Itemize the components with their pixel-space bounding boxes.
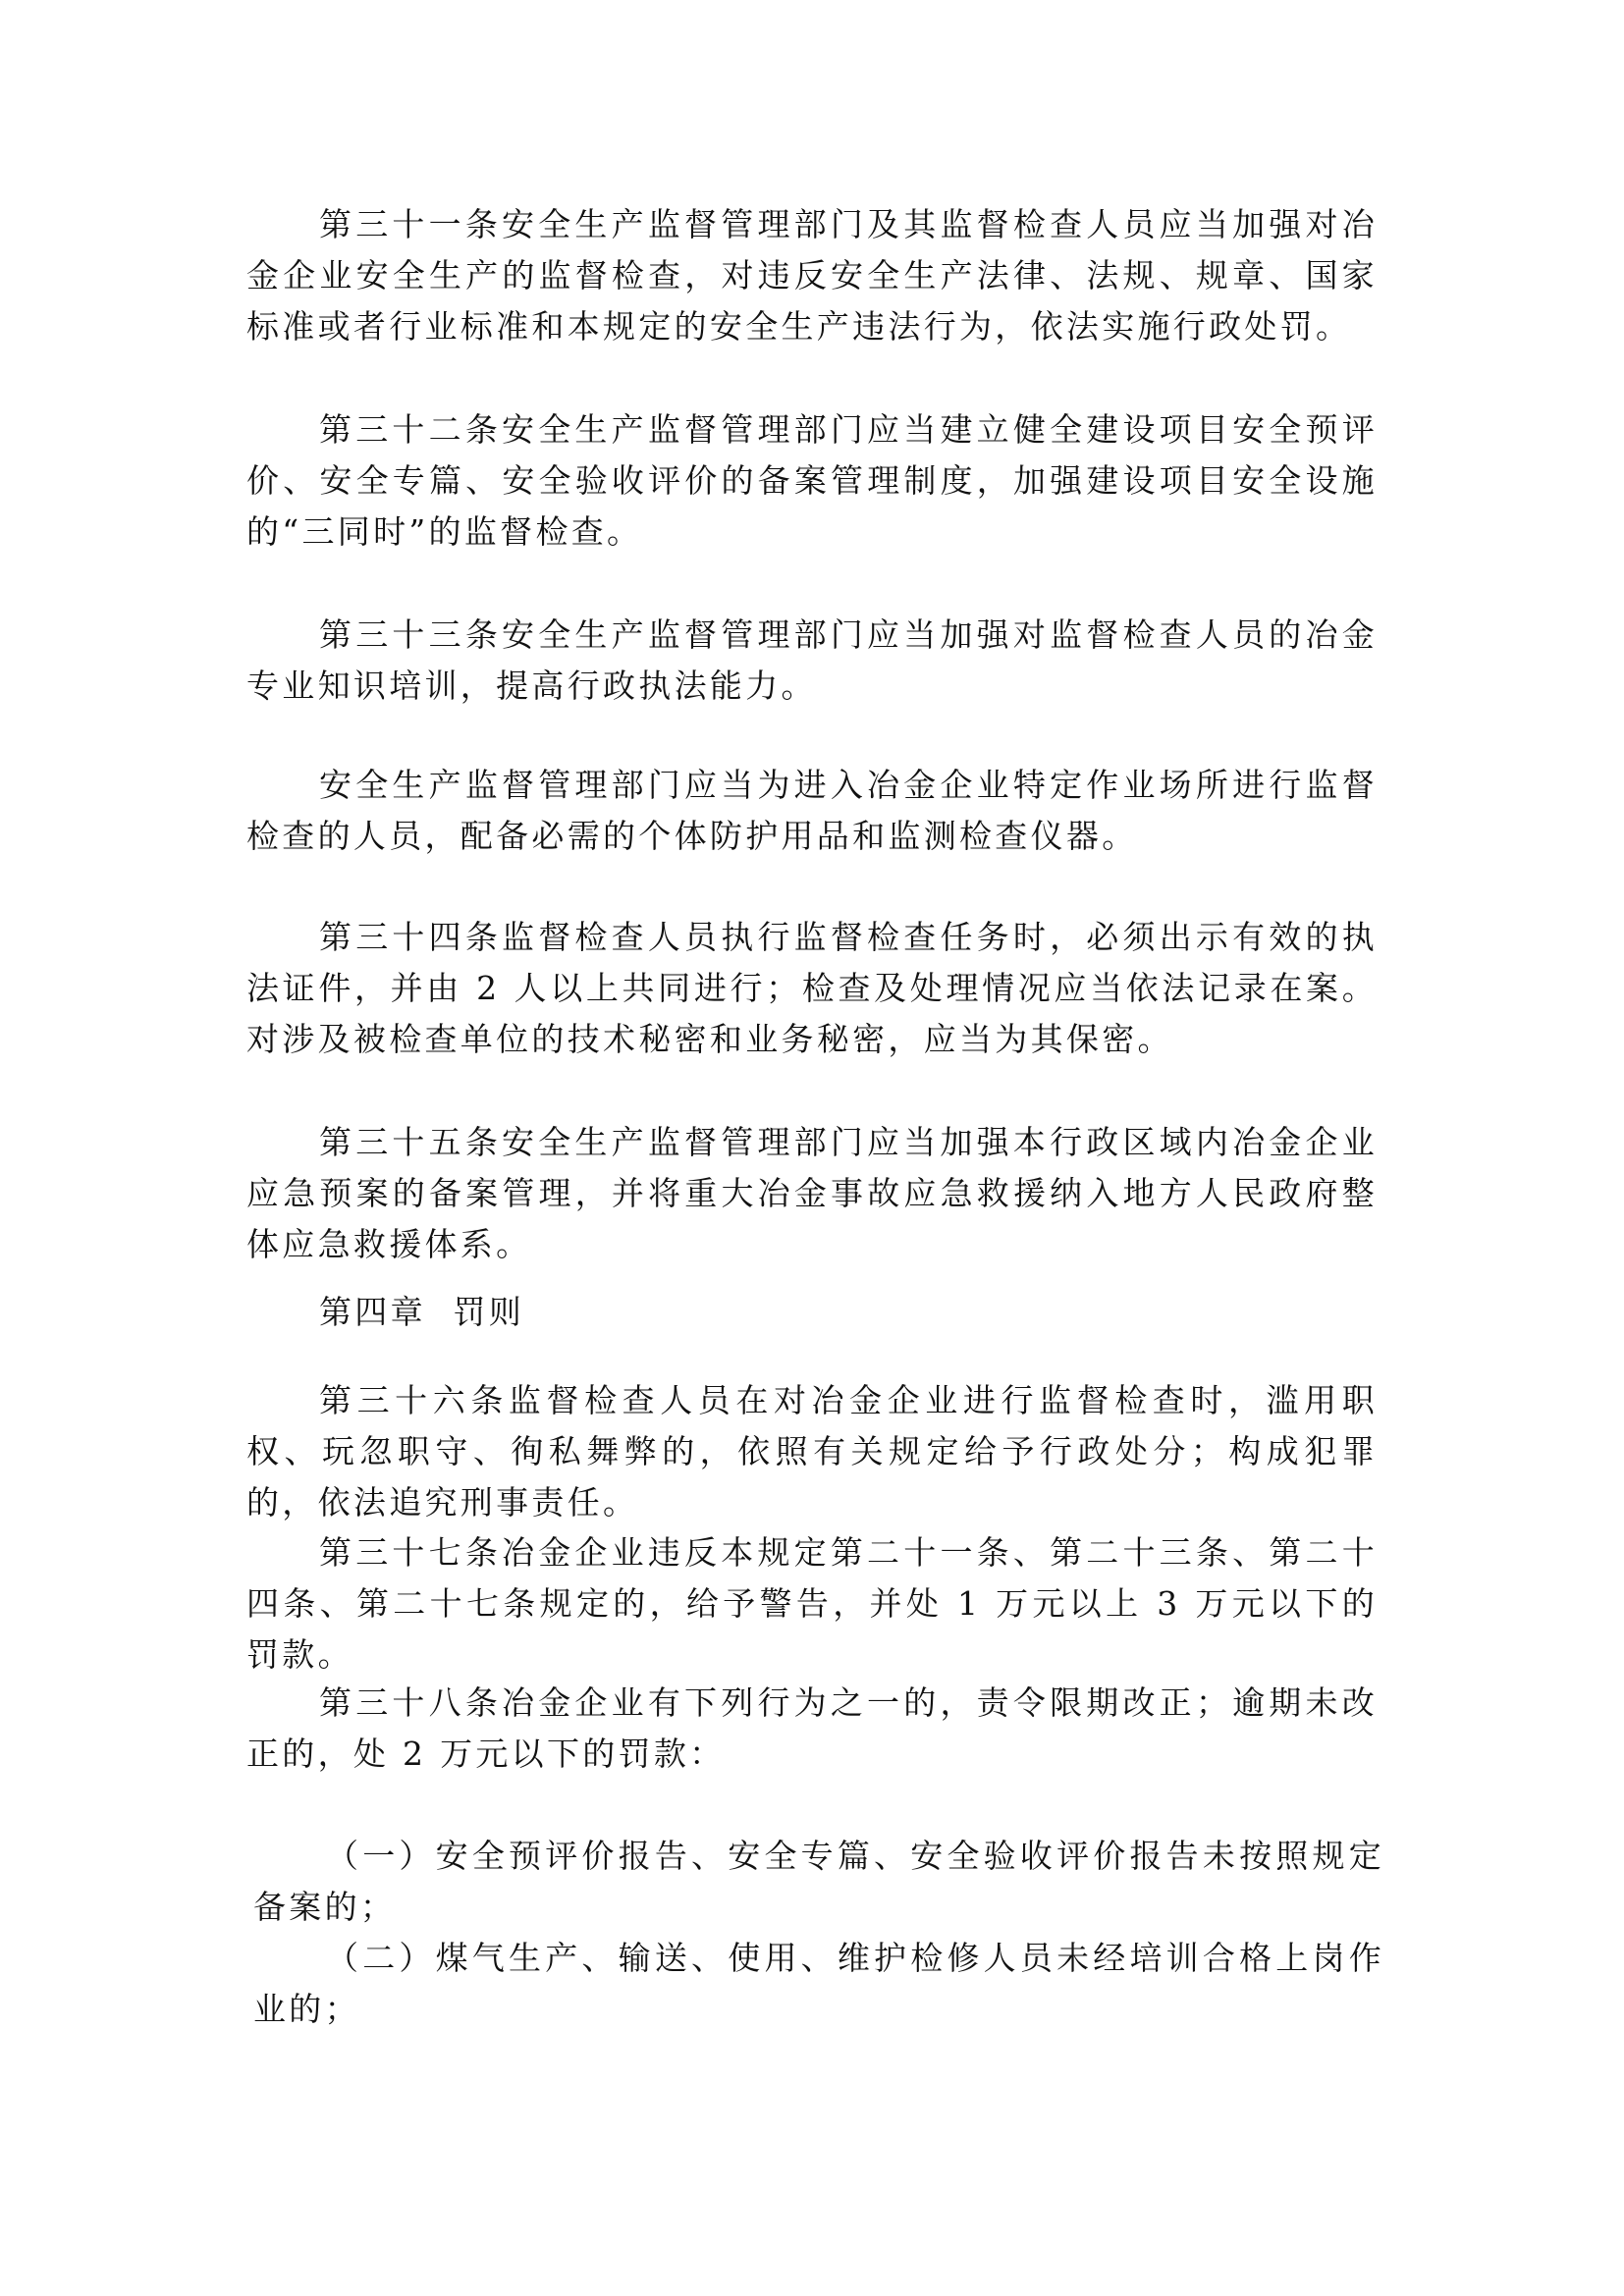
article-33-second-paragraph: 安全生产监督管理部门应当为进入冶金企业特定作业场所进行监督检查的人员，配备必需的… (246, 760, 1378, 862)
article-34-paragraph: 第三十四条监督检查人员执行监督检查任务时，必须出示有效的执法证件，并由 2 人以… (246, 912, 1378, 1065)
article-38-list-item-1: （一）安全预评价报告、安全专篇、安全验收评价报告未按照规定备案的； (253, 1831, 1384, 1933)
document-page: 第三十一条安全生产监督管理部门及其监督检查人员应当加强对冶金企业安全生产的监督检… (0, 0, 1624, 2296)
chapter-heading: 第四章 罚则 (246, 1287, 1378, 1338)
article-37-paragraph: 第三十七条冶金企业违反本规定第二十一条、第二十三条、第二十四条、第二十七条规定的… (246, 1527, 1378, 1681)
article-33-paragraph: 第三十三条安全生产监督管理部门应当加强对监督检查人员的冶金专业知识培训，提高行政… (246, 610, 1378, 712)
article-38-paragraph: 第三十八条冶金企业有下列行为之一的，责令限期改正；逾期未改正的，处 2 万元以下… (246, 1678, 1378, 1780)
article-38-list-item-2: （二）煤气生产、输送、使用、维护检修人员未经培训合格上岗作业的； (253, 1933, 1384, 2035)
article-31-paragraph: 第三十一条安全生产监督管理部门及其监督检查人员应当加强对冶金企业安全生产的监督检… (246, 199, 1378, 352)
article-32-paragraph: 第三十二条安全生产监督管理部门应当建立健全建设项目安全预评价、安全专篇、安全验收… (246, 404, 1378, 558)
article-36-paragraph: 第三十六条监督检查人员在对冶金企业进行监督检查时，滥用职权、玩忽职守、徇私舞弊的… (246, 1375, 1378, 1528)
article-35-paragraph: 第三十五条安全生产监督管理部门应当加强本行政区域内冶金企业应急预案的备案管理，并… (246, 1117, 1378, 1270)
